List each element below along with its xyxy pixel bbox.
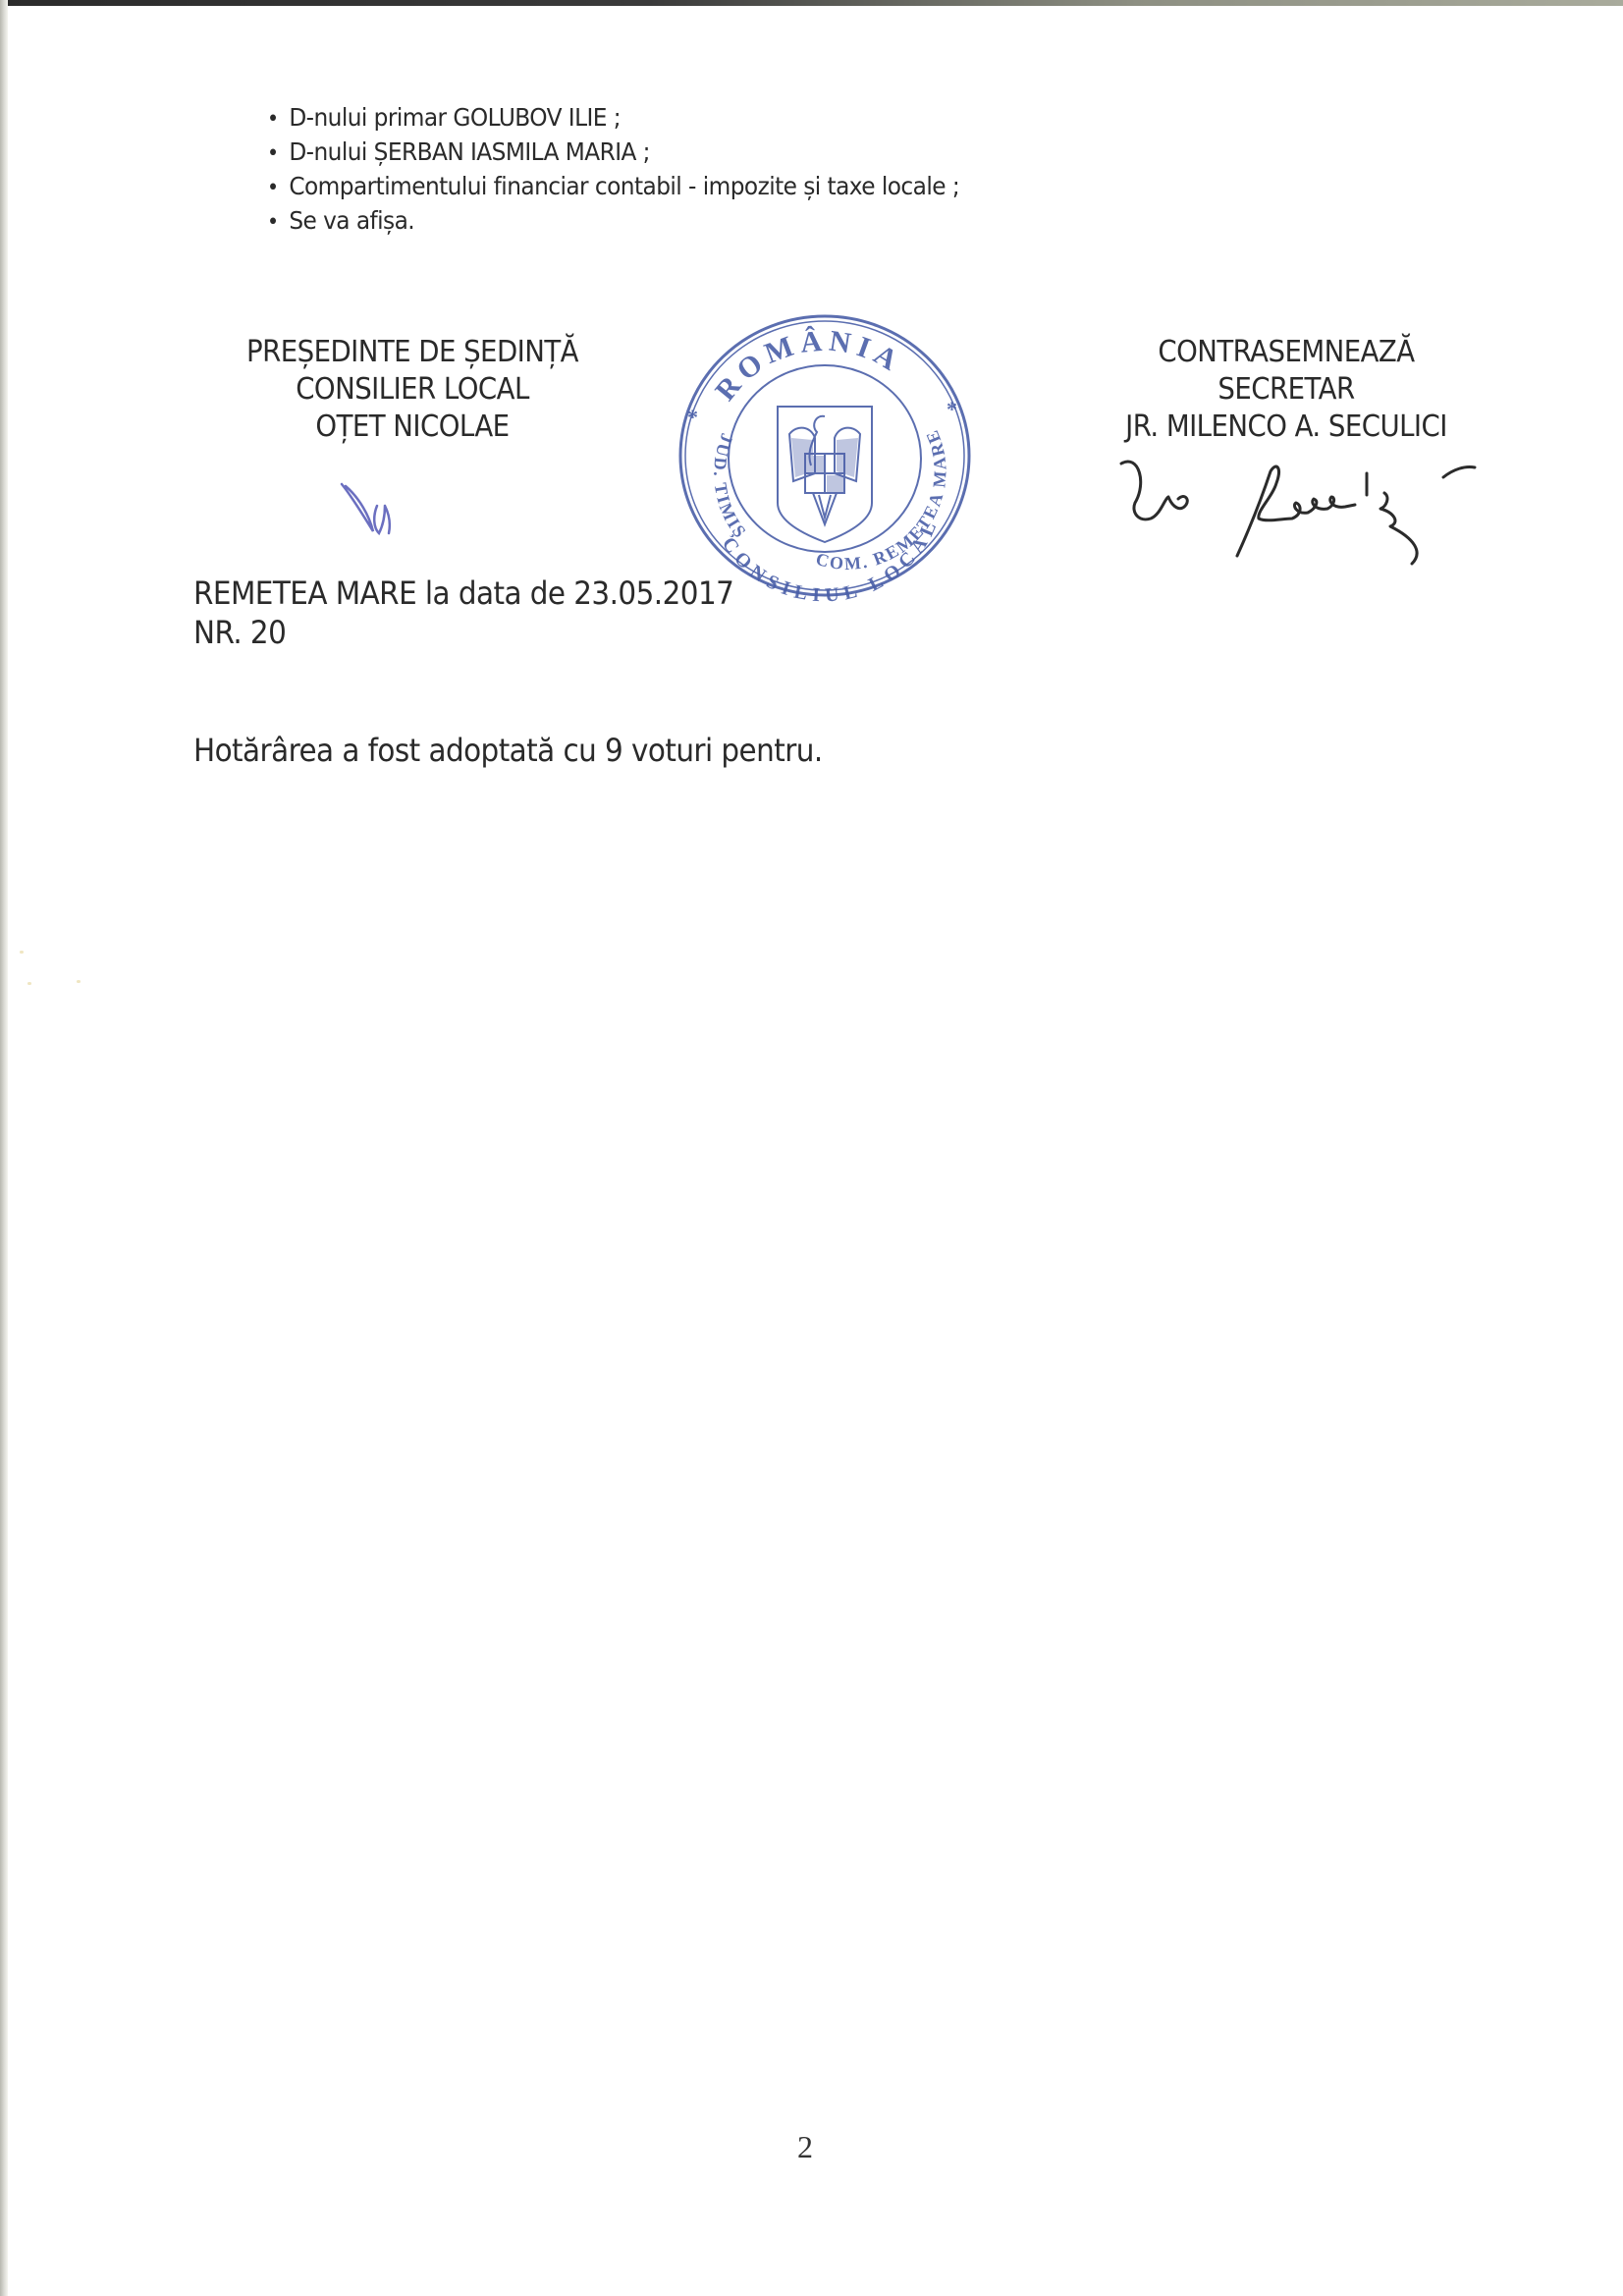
- coat-of-arms-icon: [778, 407, 872, 542]
- signatory-title: SECRETAR: [1088, 371, 1486, 409]
- distribution-item: •D-nului primar GOLUBOV ILIE ;: [267, 101, 959, 136]
- svg-text:*: *: [687, 405, 698, 429]
- secretary-signature: [1109, 454, 1561, 581]
- distribution-item: •D-nului ȘERBAN IASMILA MARIA ;: [267, 136, 959, 170]
- bullet-icon: •: [267, 137, 289, 170]
- decision-number: NR. 20: [193, 613, 733, 652]
- signatory-name: OȚET NICOLAE: [214, 409, 612, 446]
- signatory-role: CONTRASEMNEAZĂ: [1088, 334, 1486, 371]
- official-stamp: ROMÂNIA JUD. TIMIȘ COM. REMETEA MARE CON…: [668, 306, 982, 611]
- scan-edge-top: [0, 0, 1623, 6]
- place-and-date: REMETEA MARE la data de 23.05.2017: [193, 574, 733, 613]
- session-president-block: PREȘEDINTE DE ȘEDINȚĂ CONSILIER LOCAL OȚ…: [214, 334, 612, 446]
- president-signature: [334, 476, 422, 545]
- scan-speck: [77, 980, 81, 983]
- bullet-icon: •: [267, 206, 289, 239]
- adoption-note: Hotărârea a fost adoptată cu 9 voturi pe…: [193, 731, 823, 770]
- svg-text:*: *: [947, 397, 957, 421]
- bullet-icon: •: [267, 103, 289, 136]
- place-date-block: REMETEA MARE la data de 23.05.2017 NR. 2…: [193, 574, 733, 652]
- bullet-icon: •: [267, 172, 289, 204]
- distribution-item: •Se va afișa.: [267, 204, 959, 239]
- signatory-title: CONSILIER LOCAL: [214, 371, 612, 409]
- secretary-block: CONTRASEMNEAZĂ SECRETAR JR. MILENCO A. S…: [1088, 334, 1486, 446]
- page-number: 2: [797, 2129, 813, 2165]
- scan-speck: [20, 951, 24, 954]
- distribution-item: •Compartimentului financiar contabil - i…: [267, 170, 959, 204]
- scan-speck: [27, 982, 31, 985]
- signatory-role: PREȘEDINTE DE ȘEDINȚĂ: [214, 334, 612, 371]
- signatory-name: JR. MILENCO A. SECULICI: [1088, 409, 1486, 446]
- distribution-list: •D-nului primar GOLUBOV ILIE ; •D-nului …: [267, 101, 959, 239]
- svg-text:JUD. TIMIȘ: JUD. TIMIȘ: [710, 431, 751, 543]
- scan-edge-left: [0, 0, 8, 2296]
